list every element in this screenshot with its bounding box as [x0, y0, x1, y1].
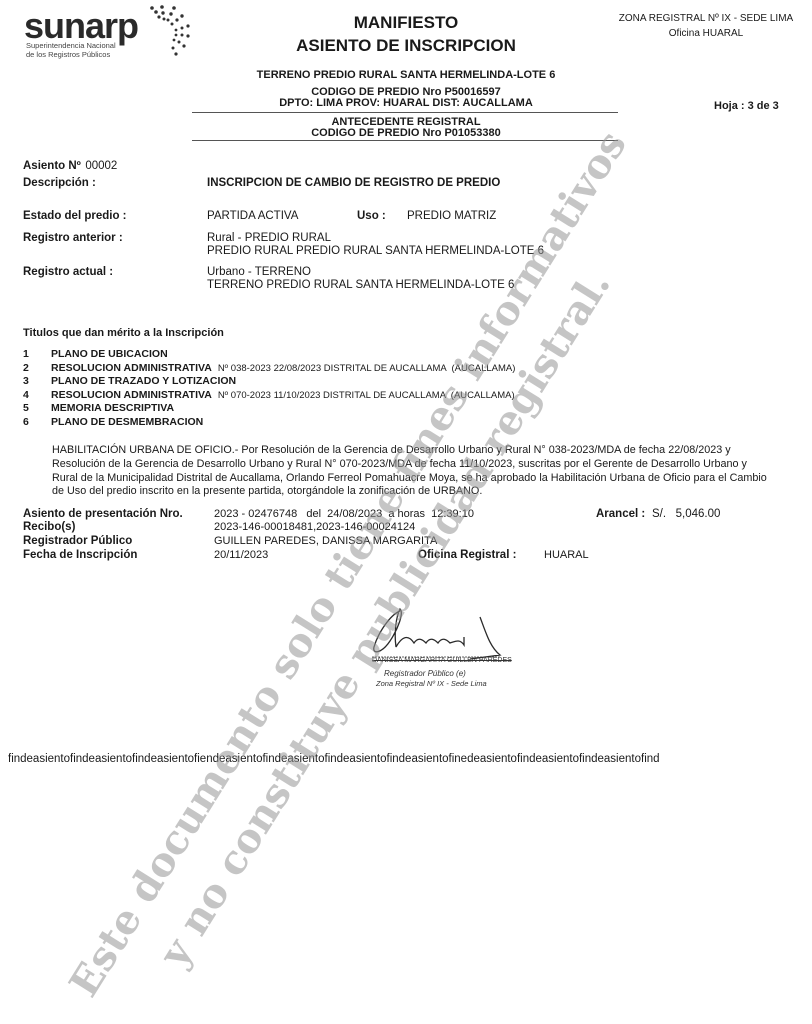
document-subtitle: ASIENTO DE INSCRIPCION	[0, 36, 812, 56]
asiento-presentacion-label: Asiento de presentación Nro.	[23, 508, 183, 520]
registro-actual-label: Registro actual :	[23, 266, 113, 278]
titulo-number: 6	[23, 416, 51, 428]
recibos-label: Recibo(s)	[23, 521, 75, 533]
titulo-item: 3PLANO DE TRAZADO Y LOTIZACION	[23, 375, 236, 387]
titulo-name: MEMORIA DESCRIPTIVA	[51, 402, 174, 414]
titulo-name: RESOLUCION ADMINISTRATIVA	[51, 362, 212, 374]
uso-label: Uso :	[357, 210, 386, 222]
uso-value: PREDIO MATRIZ	[407, 210, 496, 222]
registro-anterior-line1: Rural - PREDIO RURAL	[207, 232, 331, 244]
signer-name: DANISSA MARGARITA GUILLEN PAREDES	[372, 657, 512, 664]
registrador-label: Registrador Público	[23, 535, 132, 547]
signer-role: Registrador Público (e)	[384, 669, 466, 678]
titulo-item: 5MEMORIA DESCRIPTIVA	[23, 402, 174, 414]
fecha-inscripcion-label: Fecha de Inscripción	[23, 549, 137, 561]
fecha-inscripcion-value: 20/11/2023	[214, 549, 268, 561]
titulo-name: PLANO DE TRAZADO Y LOTIZACION	[51, 375, 236, 387]
signer-zona: Zona Registral Nº IX - Sede Lima	[376, 679, 487, 688]
divider	[192, 140, 618, 141]
titulo-item: 6PLANO DE DESMEMBRACION	[23, 416, 203, 428]
arancel-label: Arancel :	[596, 508, 645, 520]
predio-nombre: TERRENO PREDIO RURAL SANTA HERMELINDA-LO…	[0, 69, 812, 81]
titulo-name: PLANO DE DESMEMBRACION	[51, 416, 203, 428]
asiento-numero: Asiento Nº 00002	[23, 156, 117, 174]
oficina-registral-value: HUARAL	[544, 549, 589, 561]
descripcion-value: INSCRIPCION DE CAMBIO DE REGISTRO DE PRE…	[207, 177, 500, 189]
titulo-number: 2	[23, 362, 51, 374]
titulo-number: 3	[23, 375, 51, 387]
arancel-value: S/. 5,046.00	[652, 508, 720, 520]
fin-de-asiento-line: findeasientofindeasientofindeasientofien…	[8, 753, 660, 765]
ubicacion: DPTO: LIMA PROV: HUARAL DIST: AUCALLAMA	[0, 97, 812, 109]
estado-label: Estado del predio :	[23, 210, 127, 222]
descripcion-label: Descripción :	[23, 177, 96, 189]
zona-registral: ZONA REGISTRAL Nº IX - SEDE LIMA	[600, 13, 812, 24]
registro-anterior-line2: PREDIO RURAL PREDIO RURAL SANTA HERMELIN…	[207, 245, 544, 257]
titulo-number: 1	[23, 348, 51, 360]
titulo-number: 4	[23, 389, 51, 401]
registro-actual-line2: TERRENO PREDIO RURAL SANTA HERMELINDA-LO…	[207, 279, 514, 291]
titulo-name: RESOLUCION ADMINISTRATIVA	[51, 389, 212, 401]
titulo-number: 5	[23, 402, 51, 414]
estado-value: PARTIDA ACTIVA	[207, 210, 298, 222]
titulos-heading: Titulos que dan mérito a la Inscripción	[23, 327, 224, 339]
registro-anterior-label: Registro anterior :	[23, 232, 123, 244]
titulo-name: PLANO DE UBICACION	[51, 348, 168, 360]
registro-actual-line1: Urbano - TERRENO	[207, 266, 311, 278]
titulo-item: 1PLANO DE UBICACION	[23, 348, 168, 360]
divider	[192, 112, 618, 113]
page-indicator: Hoja : 3 de 3	[714, 100, 779, 112]
antecedente-codigo: CODIGO DE PREDIO Nro P01053380	[0, 127, 812, 139]
oficina-header: Oficina HUARAL	[600, 28, 812, 39]
